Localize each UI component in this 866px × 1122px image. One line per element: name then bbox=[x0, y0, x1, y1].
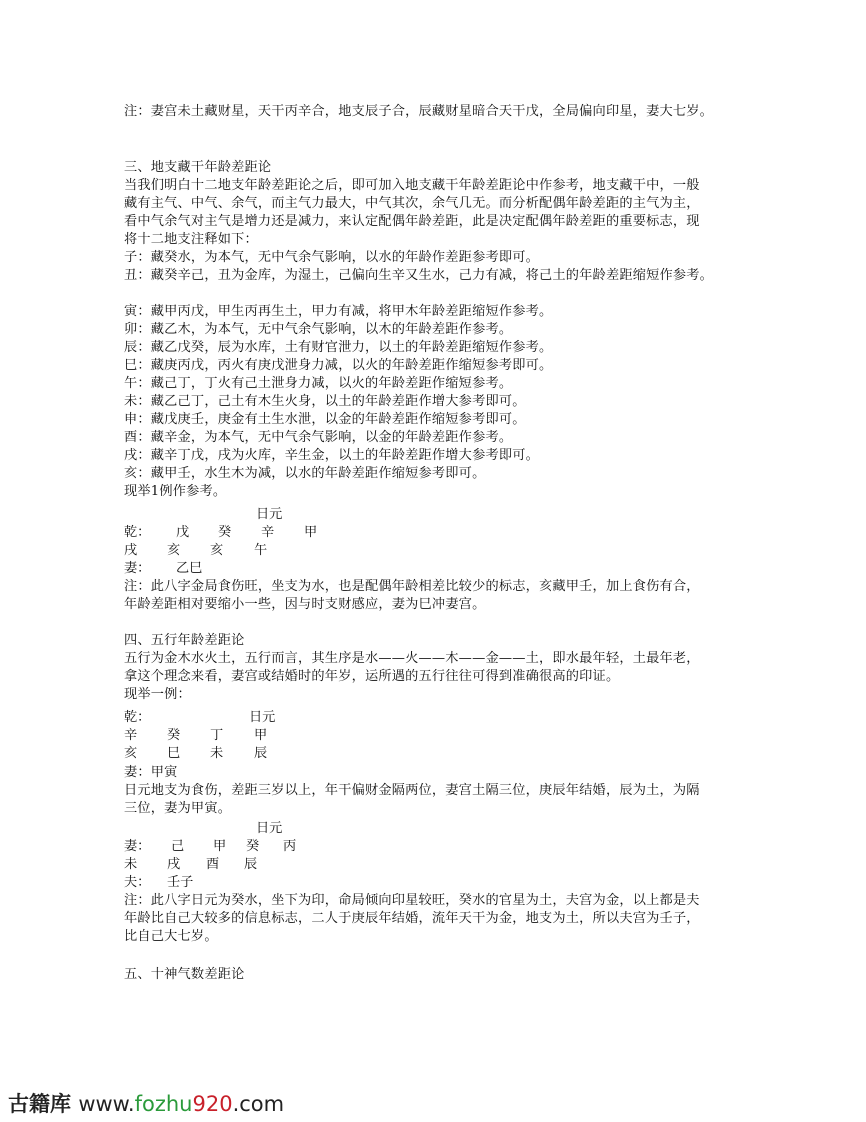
branch-day: 亥 bbox=[210, 542, 223, 560]
example-3-note: 注：此八字日元为癸水，坐下为印，命局倾向印星较旺，癸水的官星为土，夫宫为金，以上… bbox=[124, 892, 700, 910]
branch-year: 亥 bbox=[124, 745, 137, 763]
example-2-note: 三位，妻为甲寅。 bbox=[124, 800, 231, 818]
branch-day: 酉 bbox=[206, 856, 219, 874]
paragraph-line: 五行为金木水火土，五行而言，其生序是水——火——木——金——土，即水最年轻，土最… bbox=[124, 650, 700, 668]
paragraph-line: 当我们明白十二地支年龄差距论之后，即可加入地支藏干年龄差距论中作参考，地支藏干中… bbox=[124, 177, 700, 195]
branch-line-you: 酉：藏辛金，为本气，无中气余气影响，以金的年龄差距作参考。 bbox=[124, 429, 512, 447]
branch-line-xu: 戌：藏辛丁戊，戌为火库，辛生金，以土的年龄差距作增大参考即可。 bbox=[124, 447, 539, 465]
example-2-intro: 现举一例： bbox=[124, 686, 191, 704]
gender-label-qi: 妻： bbox=[124, 838, 150, 856]
spouse-label: 妻： bbox=[124, 560, 150, 578]
section-3-title: 三、地支藏干年龄差距论 bbox=[124, 159, 271, 177]
stem-day: 辛 bbox=[261, 524, 274, 542]
stem-year: 辛 bbox=[124, 727, 137, 745]
site-watermark: 古籍库 www.fozhu920.com bbox=[8, 1088, 284, 1118]
paragraph-line: 藏有主气、中气、余气，而主气力最大，中气其次，余气几无。而分析配偶年龄差距的主气… bbox=[124, 195, 700, 213]
stem-month: 癸 bbox=[218, 524, 231, 542]
watermark-green: fozhu bbox=[135, 1092, 193, 1116]
example-1-note: 注：此八字金局食伤旺，坐支为水，也是配偶年龄相差比较少的标志，亥藏甲壬，加上食伤… bbox=[124, 578, 700, 596]
branch-line-mao: 卯：藏乙木，为本气，无中气余气影响，以木的年龄差距作参考。 bbox=[124, 321, 512, 339]
gender-label-qian: 乾： bbox=[124, 709, 150, 727]
example-1-intro: 现举1例作参考。 bbox=[124, 483, 226, 501]
branch-line-si: 巳：藏庚丙戊，丙火有庚戊泄身力减，以火的年龄差距作缩短参考即可。 bbox=[124, 357, 552, 375]
branch-year: 戌 bbox=[124, 542, 137, 560]
watermark-prefix: www. bbox=[78, 1092, 134, 1116]
branch-line-wu: 午：藏己丁，丁火有己土泄身力减，以火的年龄差距作缩短参考。 bbox=[124, 375, 512, 393]
stem-hour: 丙 bbox=[283, 838, 296, 856]
branch-month: 戌 bbox=[167, 856, 180, 874]
spouse-value: 壬子 bbox=[167, 874, 193, 892]
stem-month: 癸 bbox=[167, 727, 180, 745]
day-master-label: 日元 bbox=[249, 709, 275, 727]
day-master-label: 日元 bbox=[256, 506, 282, 524]
branch-year: 未 bbox=[124, 856, 137, 874]
watermark-suffix: .com bbox=[233, 1092, 285, 1116]
branch-month: 亥 bbox=[167, 542, 180, 560]
stem-year: 己 bbox=[171, 838, 184, 856]
branch-hour: 辰 bbox=[254, 745, 267, 763]
branch-line-wei: 未：藏乙己丁，己土有木生火身，以土的年龄差距作增大参考即可。 bbox=[124, 393, 526, 411]
paragraph-line: 将十二地支注释如下： bbox=[124, 231, 258, 249]
branch-line-chen: 辰：藏乙戊癸，辰为水库，土有财官泄力，以土的年龄差距缩短作参考。 bbox=[124, 339, 552, 357]
branch-line-shen: 申：藏戊庚壬，庚金有土生水泄，以金的年龄差距作缩短参考即可。 bbox=[124, 411, 526, 429]
example-1-note: 年龄差距相对要缩小一些，因与时支财感应，妻为巳冲妻宫。 bbox=[124, 596, 485, 614]
branch-line-hai: 亥：藏甲壬，水生木为减，以水的年龄差距作缩短参考即可。 bbox=[124, 465, 485, 483]
branch-day: 未 bbox=[210, 745, 223, 763]
branch-line-yin: 寅：藏甲丙戊，甲生丙再生土，甲力有减，将甲木年龄差距缩短作参考。 bbox=[124, 303, 552, 321]
stem-hour: 甲 bbox=[304, 524, 317, 542]
spouse-label: 夫： bbox=[124, 874, 150, 892]
stem-year: 戊 bbox=[176, 524, 189, 542]
example-2-note: 日元地支为食伤，差距三岁以上，年干偏财金隔两位，妻宫土隔三位，庚辰年结婚，辰为土… bbox=[124, 782, 700, 800]
branch-hour: 午 bbox=[254, 542, 267, 560]
branch-hour: 辰 bbox=[244, 856, 257, 874]
stem-day: 癸 bbox=[246, 838, 259, 856]
stem-hour: 甲 bbox=[254, 727, 267, 745]
section-4-title: 四、五行年龄差距论 bbox=[124, 632, 245, 650]
note-top: 注：妻宫未土藏财星，天干丙辛合，地支辰子合，辰藏财星暗合天干戊，全局偏向印星，妻… bbox=[124, 103, 713, 121]
gender-label-qian: 乾： bbox=[124, 524, 150, 542]
section-5-title: 五、十神气数差距论 bbox=[124, 966, 245, 984]
example-3-note: 比自己大七岁。 bbox=[124, 928, 218, 946]
spouse-line: 妻：甲寅 bbox=[124, 764, 178, 782]
watermark-red: 920 bbox=[192, 1092, 232, 1116]
paragraph-line: 看中气余气对主气是增力还是减力，来认定配偶年龄差距，此是决定配偶年龄差距的重要标… bbox=[124, 213, 700, 231]
stem-day: 丁 bbox=[210, 727, 223, 745]
branch-line-chou: 丑：藏癸辛己，丑为金库，为湿土，己偏向生辛又生水，己力有减，将己土的年龄差距缩短… bbox=[124, 267, 713, 285]
document-page: 注：妻宫未土藏财星，天干丙辛合，地支辰子合，辰藏财星暗合天干戊，全局偏向印星，妻… bbox=[0, 0, 866, 1122]
branch-line-zi: 子：藏癸水，为本气，无中气余气影响，以水的年龄作差距参考即可。 bbox=[124, 249, 539, 267]
stem-month: 甲 bbox=[213, 838, 226, 856]
paragraph-line: 拿这个理念来看，妻宫或结婚时的年岁，运所遇的五行往往可得到准确很高的印证。 bbox=[124, 668, 619, 686]
example-3-note: 年龄比自己大较多的信息标志，二人于庚辰年结婚，流年天干为金，地支为土，所以夫宫为… bbox=[124, 910, 700, 928]
spouse-value: 乙巳 bbox=[176, 560, 202, 578]
watermark-brand: 古籍库 bbox=[8, 1092, 71, 1116]
branch-month: 巳 bbox=[167, 745, 180, 763]
day-master-label: 日元 bbox=[256, 820, 282, 838]
